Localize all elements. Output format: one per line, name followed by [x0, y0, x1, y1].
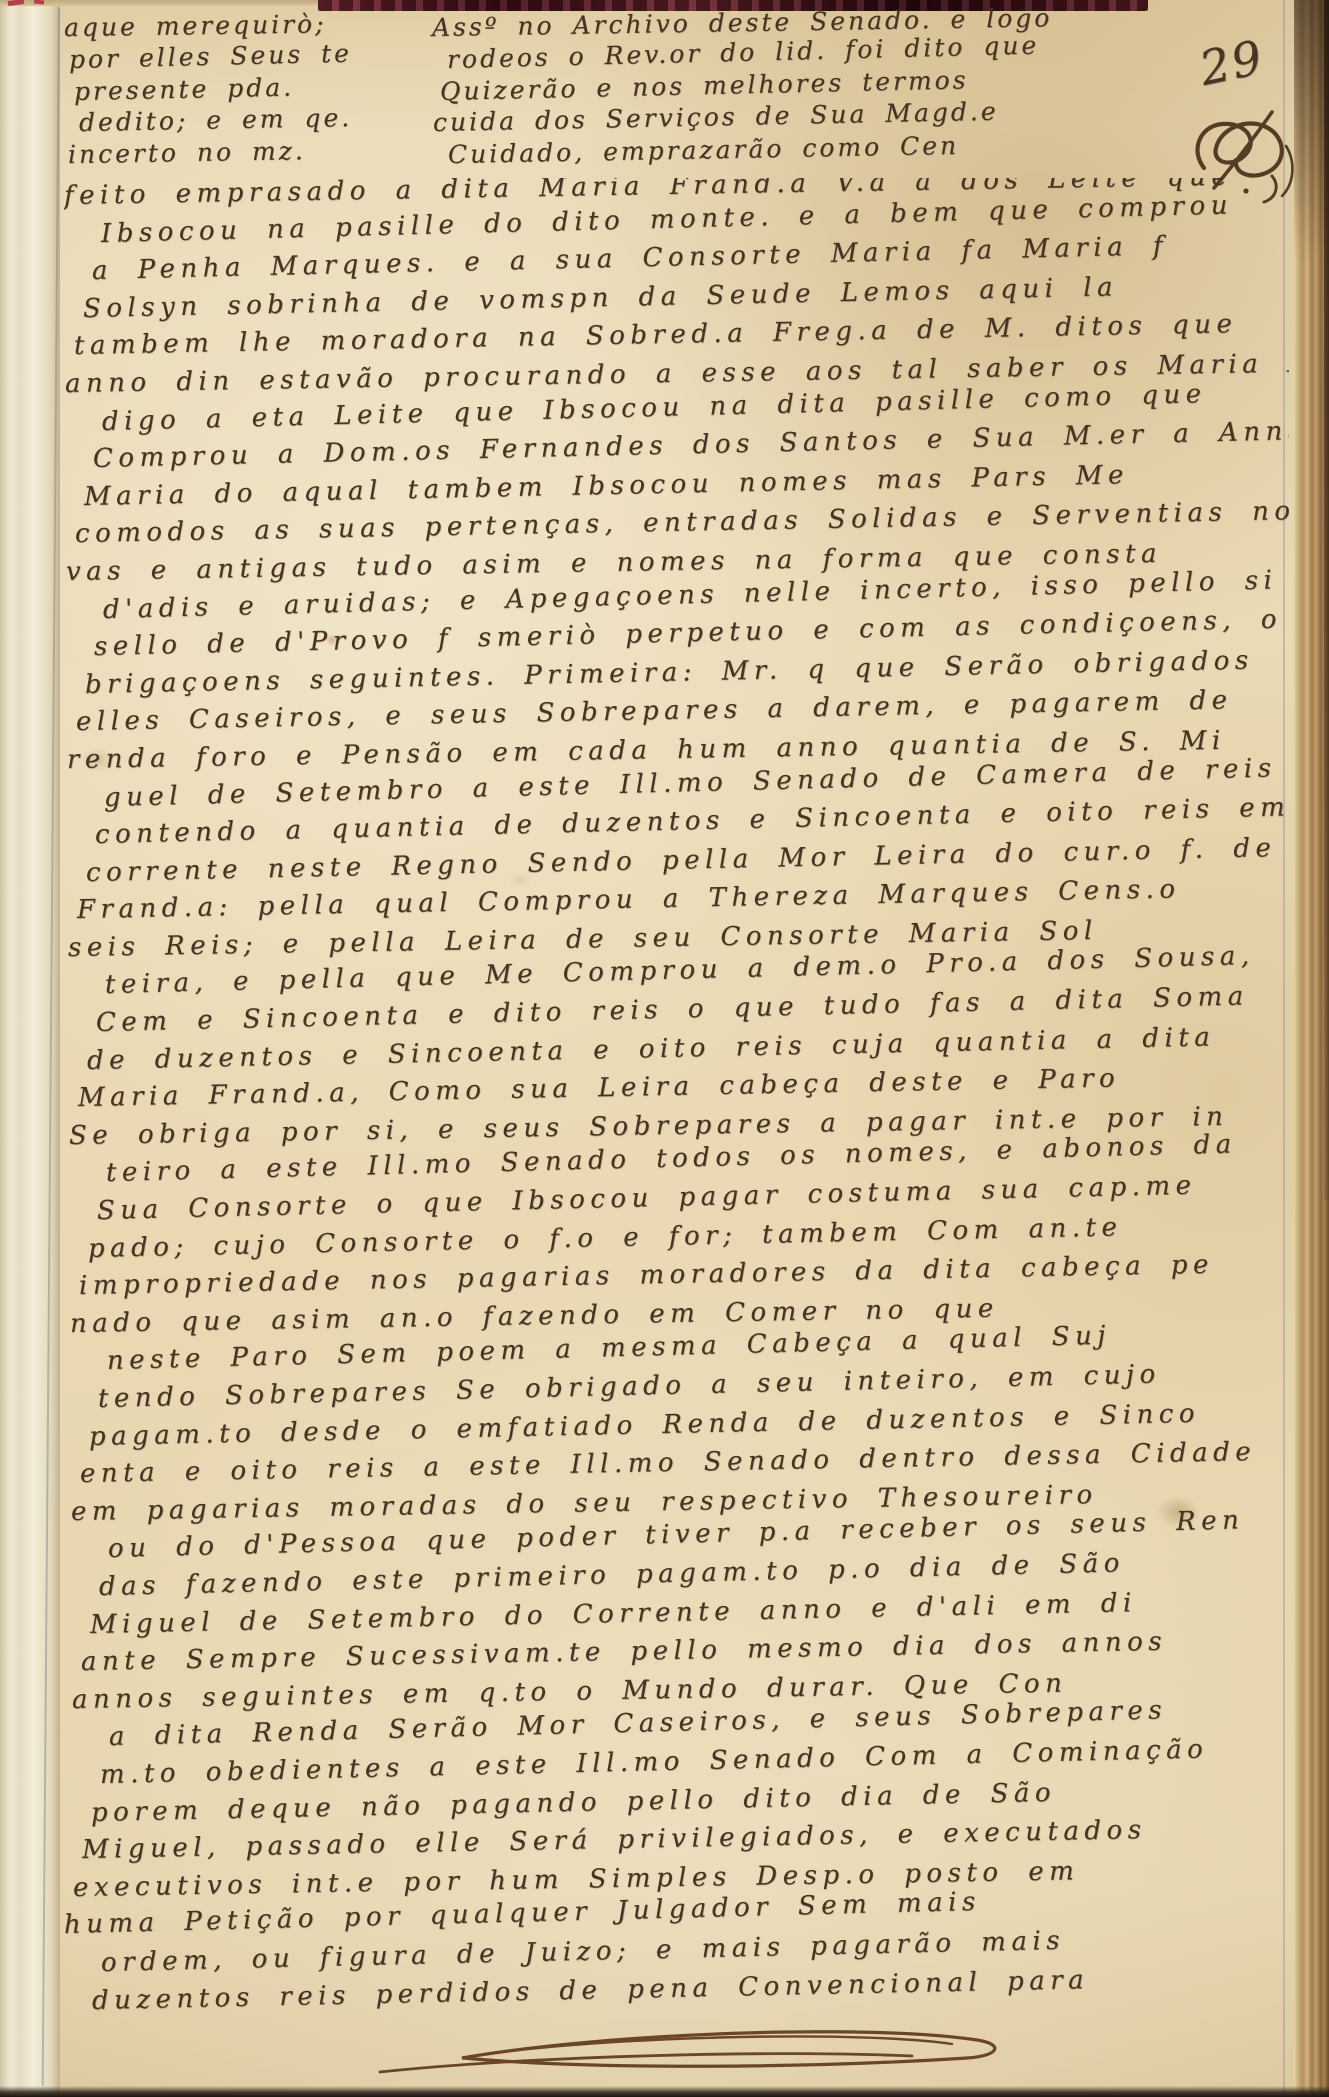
manuscript-line: incerto no mz.	[68, 133, 432, 171]
entry-header: aque merequirò;por elles Seus tepresente…	[64, 12, 1189, 171]
entry-body: feito emprasado a dita Maria Frand.a V.a…	[64, 178, 1289, 2020]
bottom-table-shadow	[0, 2086, 1329, 2097]
left-binding-fold	[0, 0, 60, 2097]
closing-scribble-flourish-icon	[352, 2006, 1052, 2090]
book-cover-sliver	[1324, 0, 1329, 1200]
header-right-column: Assº no Archivo deste Senado. e logorode…	[432, 12, 1189, 171]
header-left-column: aque merequirò;por elles Seus tepresente…	[64, 12, 432, 171]
page-top-edge	[0, 0, 330, 6]
